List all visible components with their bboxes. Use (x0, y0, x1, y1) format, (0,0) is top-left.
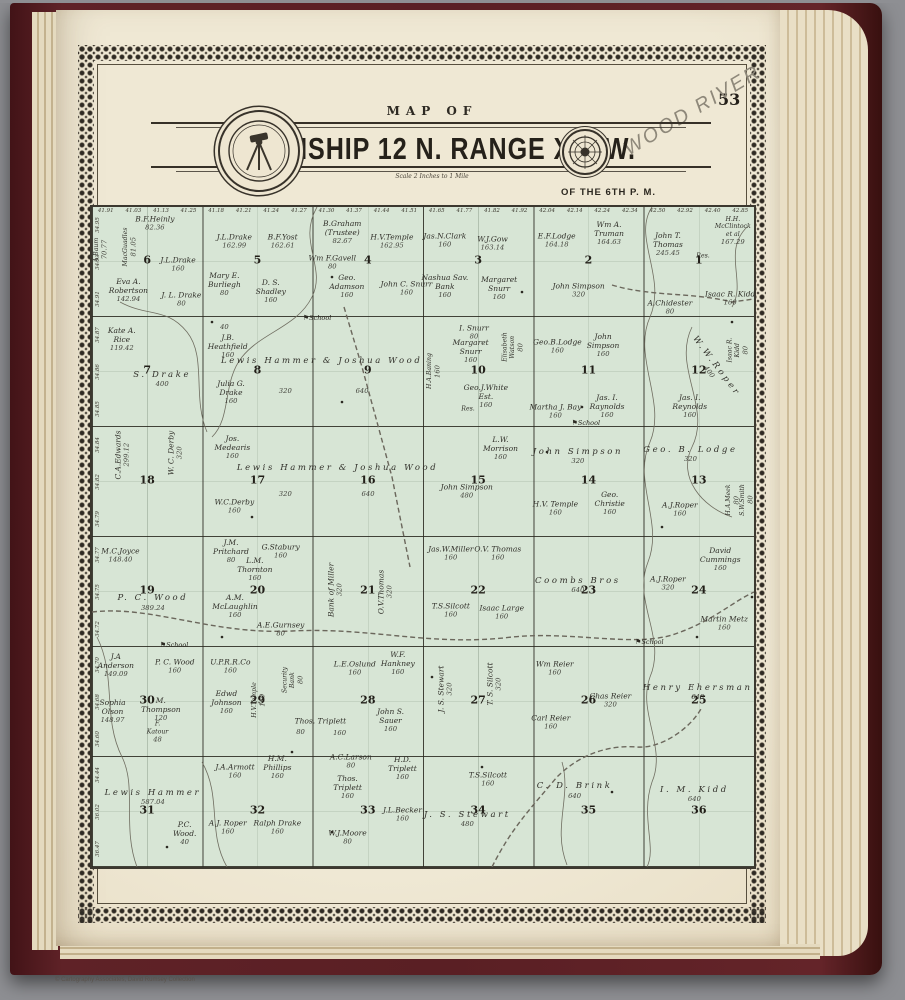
edge-measure-left: 34.85 (95, 401, 101, 417)
parcel-label: H.D.Triplett160 (388, 755, 417, 781)
parcel-acreage: 160 (533, 508, 578, 516)
parcel-acreage: 320 (552, 291, 604, 299)
edge-measure-left: 34.60 (95, 731, 101, 747)
title-kicker: MAP OF (387, 104, 478, 118)
section-number: 27 (471, 693, 486, 706)
school-marker: ⚑School (572, 419, 600, 427)
parcel-label: A.J.Roper320 (650, 574, 686, 591)
parcel-label: A.E.Gurnsey80 (257, 620, 304, 637)
parcel-acreage: 245.45 (653, 249, 683, 257)
parcel-acreage: 164.63 (594, 238, 624, 246)
parcel-label: John Simpson480 (441, 483, 493, 500)
parcel-acreage: 160 (700, 564, 741, 572)
parcel-acreage: 162.95 (370, 241, 413, 249)
edge-measure-top: 41.65 (429, 208, 445, 214)
parcel-label: Lewis Hammer & Joshua Wood (221, 356, 422, 366)
parcel-acreage: 160 (329, 291, 364, 299)
parcel-label: Res. (461, 405, 474, 412)
section-number: 17 (250, 473, 265, 486)
section-number: 22 (471, 583, 486, 596)
parcel-acreage: 80 (257, 629, 304, 637)
parcel-acreage: 160 (433, 353, 441, 389)
parcel-label: A.Chidester80 (647, 299, 692, 316)
parcel-label: W.F.Hankney160 (381, 650, 415, 676)
parcel-label: M.Thompson120 (141, 696, 180, 722)
parcel-label: Henry Ehersman640 (643, 683, 753, 701)
parcel-label: Jas. I.Raynolds160 (590, 393, 625, 419)
edge-measure-top: 42.34 (622, 208, 638, 214)
parcel-acreage: 160 (481, 292, 517, 300)
school-flag-icon: ⚑ (160, 641, 166, 649)
parcel-label: T.S.Silcott160 (469, 771, 507, 788)
parcel-label: Thos.Triplett160 (333, 774, 362, 800)
section-number: 4 (364, 253, 372, 266)
parcel-acreage: 80 (330, 762, 372, 770)
parcel-acreage: 160 (432, 611, 470, 619)
parcel-label: P. C. Wood389.24 (117, 593, 188, 611)
section-number: 28 (360, 693, 375, 706)
parcel-acreage: 160 (483, 453, 518, 461)
edge-measure-top: 41.37 (346, 208, 362, 214)
edge-measure-left: 34.79 (95, 511, 101, 527)
surveyor-transit-icon (220, 112, 298, 190)
parcel-acreage: 160 (533, 346, 582, 354)
parcel-label: J. S. Stewart480 (424, 810, 511, 828)
collection-credit: © Cartography Associates, David Rumsey C… (55, 977, 195, 983)
parcel-acreage: 160 (383, 815, 422, 823)
parcel-label: John Simpson320 (552, 282, 604, 299)
parcel-acreage: 160 (662, 509, 698, 517)
parcel-acreage: 149.09 (98, 670, 134, 678)
parcel-acreage: 160 (705, 299, 755, 307)
edge-measure-left: 34.91 (95, 291, 101, 307)
edge-measure-left: 34.77 (95, 547, 101, 563)
parcel-acreage: 40 (220, 323, 229, 331)
school-flag-icon: ⚑ (303, 314, 309, 322)
parcel-label: L.M.Thornton160 (237, 556, 272, 582)
parcel-acreage: 320 (279, 490, 292, 498)
parcel-acreage: 82.67 (323, 237, 361, 245)
edge-measure-left: 36.47 (95, 841, 101, 857)
parcel-label: SophiaOlson148.97 (99, 698, 125, 724)
parcel-label: G.Stabury160 (262, 542, 300, 559)
parcel-label: T. S. Silcott320 (486, 663, 503, 706)
school-marker: ⚑School (160, 641, 188, 649)
section-number: 14 (581, 473, 596, 486)
parcel-acreage: 320 (643, 455, 737, 463)
parcel-label: I. M. Kidd640 (660, 785, 729, 803)
parcel-label: Jas.N.Clark160 (423, 231, 466, 248)
edge-measure-left: 34.95 (95, 217, 101, 233)
parcel-acreage: 160 (381, 668, 415, 676)
ornament-rosette-icon (562, 129, 608, 175)
parcel-label: P.C.Wood.40 (173, 820, 196, 846)
parcel-label: U.P.R.R.Co160 (210, 657, 250, 674)
parcel-acreage: 160 (215, 452, 251, 460)
section-number: 13 (691, 473, 706, 486)
parcel-label: J.L.Drake160 (160, 256, 195, 273)
parcel-label: Martha J. Bay160 (529, 402, 581, 419)
edge-measure-top: 41.92 (512, 208, 528, 214)
parcel-acreage: 80 (161, 300, 201, 308)
parcel-acreage: 160 (210, 666, 250, 674)
parcel-label: 160 (333, 729, 346, 737)
parcel-label: Wm F.Gavell80 (309, 253, 357, 270)
parcel-label: L.E.Oslund160 (334, 660, 376, 677)
parcel-label: John Simpson320 (533, 447, 623, 465)
section-number: 18 (140, 473, 155, 486)
page-edges-bottom (60, 944, 820, 959)
parcel-acreage: 160 (259, 682, 267, 718)
parcel-label: Jas.W.Miller160 (428, 544, 473, 561)
parcel-acreage: 40 (173, 838, 196, 846)
edge-measure-left: 34.75 (95, 584, 101, 600)
parcel-label: F.Katour48 (147, 721, 168, 744)
parcel-label: B.F.Yost162.61 (268, 232, 298, 249)
parcel-acreage: 160 (160, 265, 195, 273)
edge-measure-left: 34.82 (95, 474, 101, 490)
edge-measure-top: 42.40 (705, 208, 721, 214)
parcel-acreage: 160 (423, 240, 466, 248)
parcel-label: H.V.Temple162.95 (370, 232, 413, 249)
parcel-label: JohnSimpson160 (587, 332, 620, 358)
parcel-label: A.C.Larson80 (330, 753, 372, 770)
parcel-acreage: 80 (296, 728, 305, 736)
scale-note: Scale 2 Inches to 1 Mile (395, 173, 468, 180)
section-number: 11 (581, 363, 596, 376)
edge-measure-top: 42.92 (677, 208, 693, 214)
parcel-acreage: 148.40 (101, 555, 139, 563)
parcel-label: Geo.B.Lodge160 (533, 337, 582, 354)
parcel-label: W.J.Gow163.14 (477, 234, 508, 251)
parcel-acreage: 80 (208, 288, 241, 296)
parcel-acreage: 640 (535, 586, 621, 594)
parcel-acreage: 160 (421, 291, 468, 299)
parcel-acreage: 70.77 (100, 238, 108, 263)
parcel-label: Mary E.Burliegh80 (208, 270, 241, 296)
parcel-label: Chas Reier320 (589, 691, 631, 708)
edge-measure-top: 41.77 (457, 208, 473, 214)
meridian-note: OF THE 6TH P. M. (561, 187, 656, 198)
parcel-label: O.V.Thomas320 (376, 570, 393, 614)
parcel-label: MargaretSnurr160 (453, 338, 489, 364)
parcel-label: EdwdJohnson160 (211, 689, 241, 715)
parcel-label: Wm Reier160 (536, 660, 574, 677)
edge-measure-top: 42.24 (594, 208, 610, 214)
parcel-acreage: 320 (495, 663, 503, 706)
border-top (78, 45, 766, 61)
parcel-acreage: 640 (362, 490, 375, 498)
parcel-label: Jas. I.Reynolds160 (672, 393, 707, 419)
parcel-acreage: 400 (133, 380, 191, 388)
parcel-label: L.W.Morrison160 (483, 435, 518, 461)
parcel-label: H.A.Baning160 (426, 353, 442, 389)
parcel-label: A.J.Roper160 (662, 500, 698, 517)
parcel-label: B.Graham(Trustee)82.67 (323, 219, 361, 245)
parcel-label: John S.Sauer160 (377, 707, 404, 733)
parcel-acreage: 80 (746, 484, 754, 516)
edge-measure-top: 41.18 (208, 208, 224, 214)
parcel-acreage: 160 (263, 772, 291, 780)
parcel-acreage: 160 (531, 722, 570, 730)
parcel-label: 320 (279, 387, 292, 395)
parcel-acreage: 299.12 (123, 431, 131, 480)
surveyor-emblem-icon (218, 110, 300, 192)
parcel-label: W.C.Derby160 (214, 497, 254, 514)
edge-measure-top: 41.25 (181, 208, 197, 214)
parcel-acreage: 164.18 (538, 240, 576, 248)
parcel-label: J. S. Stewart320 (436, 665, 453, 712)
parcel-acreage: 160 (474, 553, 521, 561)
school-flag-icon: ⚑ (572, 419, 578, 427)
parcel-label: A.J. Roper160 (209, 819, 247, 836)
parcel-label: W.J.Moore80 (328, 829, 366, 846)
parcel-acreage: 480 (424, 820, 511, 828)
section-number: 33 (360, 803, 375, 816)
parcel-acreage: 640 (643, 693, 753, 701)
parcel-label: Lewis Hammer & Joshua Wood (237, 463, 438, 473)
parcel-acreage: 160 (333, 792, 362, 800)
parcel-label: Wm A.Truman164.63 (594, 220, 624, 246)
parcel-acreage: 160 (595, 508, 625, 516)
section-number: 24 (691, 583, 706, 596)
parcel-acreage: 160 (453, 356, 489, 364)
parcel-label: 640 (362, 490, 375, 498)
parcel-label: Coombs Bros640 (535, 576, 621, 594)
edge-measure-top: 41.13 (153, 208, 169, 214)
parcel-label: Jos.Medearis160 (215, 434, 251, 460)
atlas-page: 53 WOOD RIVER MAP OF TOWNSHIP 12 N. RANG… (56, 10, 780, 946)
parcel-label: A.Baum70.77 (93, 238, 109, 263)
parcel-label: Martin Metz160 (700, 614, 747, 631)
parcel-label: Bank of Miller320 (326, 563, 343, 617)
parcel-label: DavidCummings160 (700, 546, 741, 572)
edge-measure-top: 41.91 (98, 208, 114, 214)
parcel-acreage: 160 (155, 666, 195, 674)
parcel-label: ElisabethWatson80 (502, 332, 525, 361)
parcel-acreage: 80 (741, 337, 749, 362)
edge-measure-left: 34.44 (95, 767, 101, 783)
parcel-acreage: 160 (587, 350, 620, 358)
parcel-acreage: 160 (253, 828, 301, 836)
parcel-acreage: 160 (388, 773, 417, 781)
parcel-label: P. C. Wood160 (155, 657, 195, 674)
parcel-label: C. D. Brink640 (537, 781, 613, 799)
parcel-label: Isaac Large160 (479, 604, 524, 621)
parcel-acreage: 80 (647, 308, 692, 316)
parcel-label: Ralph Drake160 (253, 819, 301, 836)
parcel-label: J.AAnderson149.09 (98, 652, 134, 678)
parcel-label: Thos. Triplett (295, 717, 347, 726)
parcel-acreage: 148.97 (99, 716, 125, 724)
parcel-acreage: 640 (537, 791, 613, 799)
parcel-acreage: 160 (212, 611, 257, 619)
section-number: 35 (581, 803, 596, 816)
parcel-label: H.H.McClintocket al167.29 (715, 216, 751, 246)
parcel-label: H.M.Phillips160 (263, 754, 291, 780)
parcel-label: J.L.Drake162.99 (217, 232, 252, 249)
edge-measure-top: 42.04 (539, 208, 555, 214)
parcel-acreage: 389.24 (117, 603, 188, 611)
parcel-label: Nashua Sav.Bank160 (421, 273, 468, 299)
parcel-label: H.V.Temple160 (252, 682, 268, 718)
edge-measure-left: 36.02 (95, 804, 101, 820)
edge-measure-top: 42.85 (732, 208, 748, 214)
parcel-acreage: 160 (536, 669, 574, 677)
parcel-acreage: 80 (328, 838, 366, 846)
parcel-label: W. C. Derby320 (166, 431, 183, 475)
parcel-acreage: 160 (214, 506, 254, 514)
parcel-acreage: 320 (175, 431, 183, 475)
parcel-acreage: 142.94 (109, 294, 148, 302)
parcel-acreage: 320 (279, 387, 292, 395)
edge-measure-left: 34.84 (95, 437, 101, 453)
parcel-label: S. Drake400 (133, 369, 191, 387)
edge-measure-left: 34.87 (95, 327, 101, 343)
parcel-acreage: 81.05 (130, 227, 138, 266)
school-flag-icon: ⚑ (635, 638, 641, 646)
parcel-acreage: 320 (533, 457, 623, 465)
parcel-acreage: 160 (333, 729, 346, 737)
section-number: 3 (474, 253, 482, 266)
parcel-acreage: 587.04 (105, 798, 202, 806)
parcel-acreage: 320 (385, 570, 393, 614)
edge-measure-top: 41.51 (401, 208, 417, 214)
parcel-acreage: 160 (479, 613, 524, 621)
parcel-label: C.A.Edwards299.12 (114, 431, 131, 480)
parcel-acreage: 160 (334, 669, 376, 677)
parcel-acreage: 160 (209, 828, 247, 836)
parcel-label: J.B.Heathfield160 (208, 333, 248, 359)
parcel-label: S.W.Smith80 (739, 484, 755, 516)
parcel-label: Res. (696, 252, 709, 259)
parcel-label: O.V. Thomas160 (474, 544, 521, 561)
parcel-acreage: 320 (589, 700, 631, 708)
page-edges-left (32, 12, 58, 950)
edge-measure-top: 42.50 (650, 208, 666, 214)
parcel-label: D. S.Shadley160 (256, 278, 286, 304)
parcel-label: Julia G.Drake160 (217, 379, 245, 405)
parcel-acreage: 80 (309, 262, 357, 270)
parcel-label: Geo.Christie160 (595, 490, 625, 516)
parcel-label: Geo.Adamson160 (329, 273, 364, 299)
parcel-acreage: 160 (237, 574, 272, 582)
parcel-label: Geo. B. Lodge320 (643, 445, 737, 463)
edge-measure-top: 41.30 (319, 208, 335, 214)
parcel-acreage: 480 (441, 492, 493, 500)
parcel-acreage: 160 (672, 411, 707, 419)
parcel-acreage: 640 (356, 387, 369, 395)
edge-measure-left: 34.72 (95, 621, 101, 637)
parcel-acreage: 160 (377, 725, 404, 733)
section-number: 5 (254, 253, 262, 266)
desk-surface (0, 0, 905, 3)
border-bottom (78, 907, 766, 923)
parcel-label: Lewis Hammer587.04 (105, 788, 202, 806)
section-number: 6 (143, 253, 151, 266)
section-number: 32 (250, 803, 265, 816)
parcel-label: 80 (296, 728, 305, 736)
parcel-label: SecurityBank80 (281, 667, 304, 693)
book-photo-scene: 53 WOOD RIVER MAP OF TOWNSHIP 12 N. RANG… (0, 0, 905, 1000)
parcel-acreage: 160 (256, 296, 286, 304)
parcel-label: Isaac R. Kidd160 (705, 290, 755, 307)
school-marker: ⚑School (635, 638, 663, 646)
parcel-label: J.A.Armott160 (215, 763, 254, 780)
parcel-label: J. L. Drake80 (161, 291, 201, 308)
edge-measure-top: 41.24 (263, 208, 279, 214)
parcel-label: B.F.Heinly82.36 (135, 214, 174, 231)
edge-measure-top: 41.27 (291, 208, 307, 214)
edge-measure-top: 41.82 (484, 208, 500, 214)
rosette-icon (564, 131, 606, 173)
parcel-acreage: 80 (516, 332, 524, 361)
section-number: 2 (585, 253, 593, 266)
parcel-acreage: 163.14 (477, 243, 508, 251)
parcel-acreage: 160 (215, 772, 254, 780)
edge-measure-top: 41.03 (126, 208, 142, 214)
parcel-acreage: 640 (660, 795, 729, 803)
parcel-label: Kate A.Rice119.42 (108, 326, 136, 352)
parcel-acreage: 160 (262, 551, 300, 559)
parcel-acreage: 160 (469, 780, 507, 788)
section-number: 36 (691, 803, 706, 816)
edge-measure-top: 42.14 (567, 208, 583, 214)
parcel-label: MacGuadles81.05 (123, 227, 139, 266)
parcel-label: 40 (220, 323, 229, 331)
parcel-acreage: 160 (700, 623, 747, 631)
parcel-acreage: 82.36 (135, 223, 174, 231)
parcel-label: MargaretSnurr160 (481, 274, 517, 300)
parcel-label: John T.Thomas245.45 (653, 231, 683, 257)
parcel-acreage: 160 (590, 411, 625, 419)
parcel-label: J.L.Becker160 (383, 806, 422, 823)
page-edges-right (780, 10, 868, 956)
parcel-acreage: 320 (335, 563, 343, 617)
parcel-label: Carl Reier160 (531, 713, 570, 730)
parcel-label: Eva A.Robertson142.94 (109, 276, 148, 302)
parcel-label: 640 (356, 387, 369, 395)
school-marker: ⚑School (303, 314, 331, 322)
parcel-acreage: 160 (529, 411, 581, 419)
parcel-acreage: 80 (296, 667, 304, 693)
parcel-acreage: 162.61 (268, 241, 298, 249)
edge-measure-top: 41.21 (236, 208, 252, 214)
parcel-label: 320 (279, 490, 292, 498)
parcel-acreage: 160 (211, 707, 241, 715)
parcel-acreage: 162.99 (217, 241, 252, 249)
parcel-acreage: 320 (650, 583, 686, 591)
parcel-label: Isaac R.Kidd80 (727, 337, 750, 362)
parcel-acreage: 119.42 (108, 344, 136, 352)
parcel-acreage: 160 (217, 397, 245, 405)
section-number: 16 (360, 473, 375, 486)
section-number: 10 (471, 363, 486, 376)
parcel-label: H.V. Temple160 (533, 499, 578, 516)
parcel-label: M.C.Joyce148.40 (101, 546, 139, 563)
parcel-acreage: 48 (147, 736, 168, 744)
section-number: 21 (360, 583, 375, 596)
parcel-acreage: 160 (428, 553, 473, 561)
parcel-acreage: 167.29 (715, 238, 751, 246)
parcel-label: T.S.Silcott160 (432, 602, 470, 619)
edge-measure-top: 41.44 (374, 208, 390, 214)
township-map: 6543217891011121817161514131920212223243… (90, 205, 756, 869)
parcel-label: A.M.McLaughlin160 (212, 593, 257, 619)
parcel-acreage: 320 (445, 665, 453, 712)
parcel-label: E.F.Lodge164.18 (538, 231, 576, 248)
edge-measure-left: 34.86 (95, 364, 101, 380)
